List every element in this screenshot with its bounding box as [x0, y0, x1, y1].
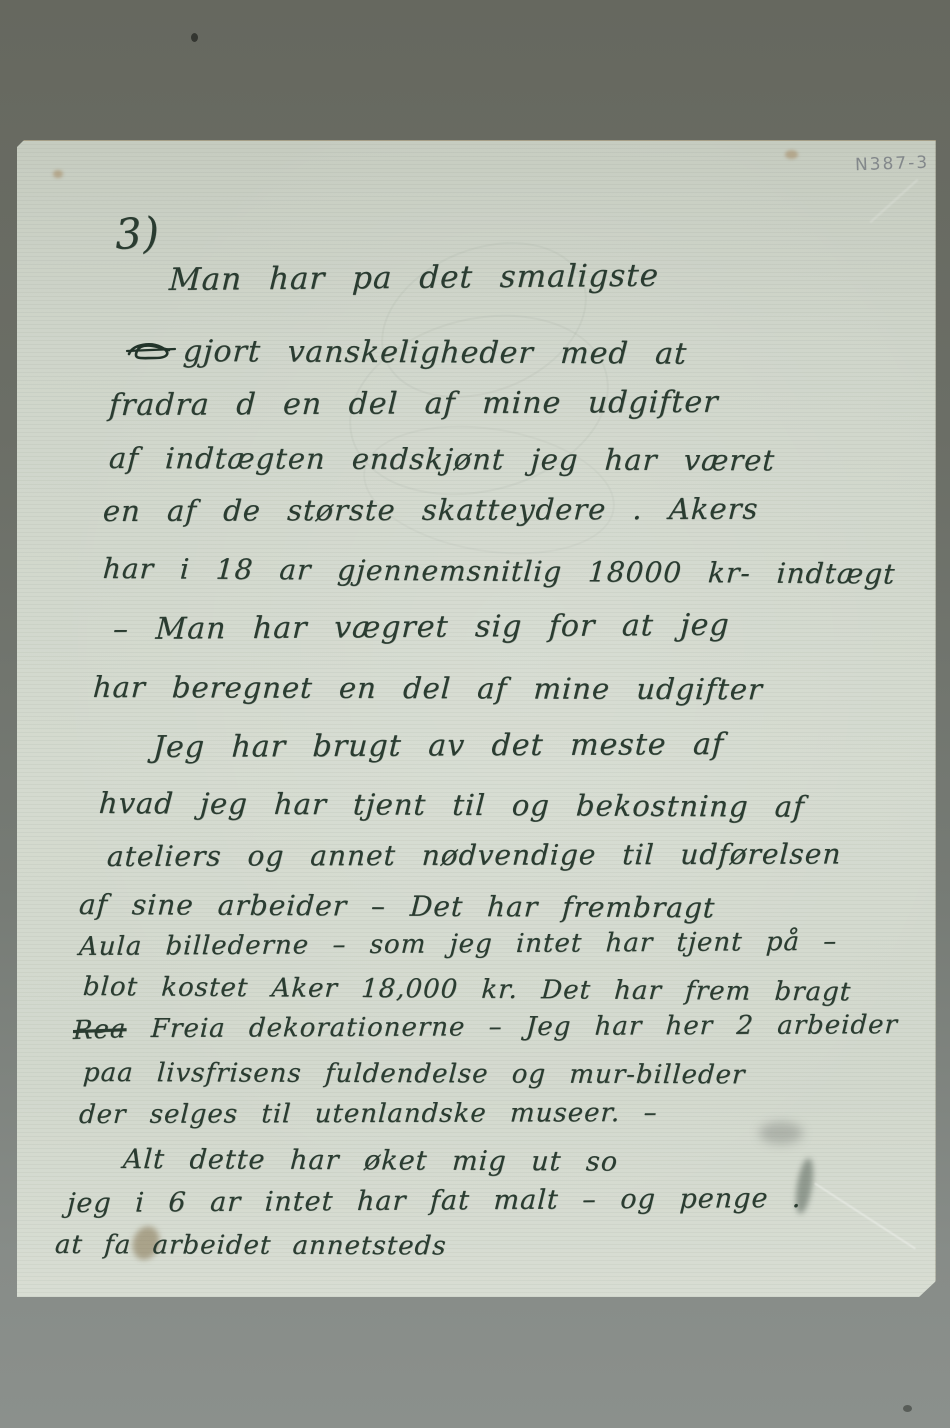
handwritten-line: Freia dekorationerne – Jeg har her 2 arb… — [150, 1010, 898, 1044]
handwritten-line: blot kostet Aker 18,000 kr. Det har frem… — [82, 972, 852, 1007]
handwritten-line: hvad jeg har tjent til og bekostning af — [98, 786, 806, 824]
watermark — [307, 158, 687, 598]
handwritten-line: fradra d en del af mine udgifter — [108, 385, 719, 423]
handwritten-line: der selges til utenlandske museer. – — [78, 1098, 658, 1130]
handwritten-line: Aula billederne – som jeg intet har tjen… — [78, 927, 838, 962]
finger-smudge — [759, 1122, 803, 1144]
handwritten-line: jeg i 6 ar intet har fat malt – og penge… — [66, 1183, 802, 1219]
catalog-number: N387-3 — [855, 153, 930, 176]
handwritten-line: en af de største skatteydere . Akers — [102, 492, 759, 528]
photograph-background: N387-3 3) Man har pa det smaligste gjort… — [0, 0, 950, 1428]
handwritten-line: Jeg har brugt av det meste af — [152, 727, 725, 765]
paper-crease — [814, 1182, 916, 1249]
handwritten-line: – Man har vægret sig for at jeg — [112, 608, 730, 647]
handwritten-line: paa livsfrisens fuldendelse og mur-bille… — [82, 1058, 746, 1090]
crossed-out-word: Rea — [73, 1014, 127, 1046]
paper-crease — [870, 179, 919, 223]
handwritten-line: at fa arbeidet annetsteds — [54, 1230, 447, 1261]
handwritten-line: har i 18 ar gjennemsnitlig 18000 kr- ind… — [102, 552, 896, 591]
handwritten-line: af sine arbeider – Det har frembragt — [78, 888, 716, 924]
rust-stain — [785, 150, 798, 159]
watermark-swirl — [354, 409, 624, 571]
letter-page: N387-3 3) Man har pa det smaligste gjort… — [17, 140, 936, 1297]
handwritten-line: har beregnet en del af mine udgifter — [92, 670, 764, 706]
handwritten-line: af indtægten endskjønt jeg har været — [108, 441, 776, 477]
page-number: 3) — [114, 208, 162, 259]
rust-stain — [53, 170, 63, 178]
handwritten-line: ateliers og annet nødvendige til udførel… — [106, 837, 842, 873]
background-speck — [191, 33, 198, 42]
handwritten-line: Alt dette har øket mig ut so — [122, 1144, 619, 1178]
background-speck — [903, 1405, 912, 1412]
handwritten-line: Man har pa det smaligste — [168, 258, 660, 298]
crossed-out-scribble — [125, 338, 183, 364]
handwritten-line: gjort vanskeligheder med at — [182, 334, 688, 372]
